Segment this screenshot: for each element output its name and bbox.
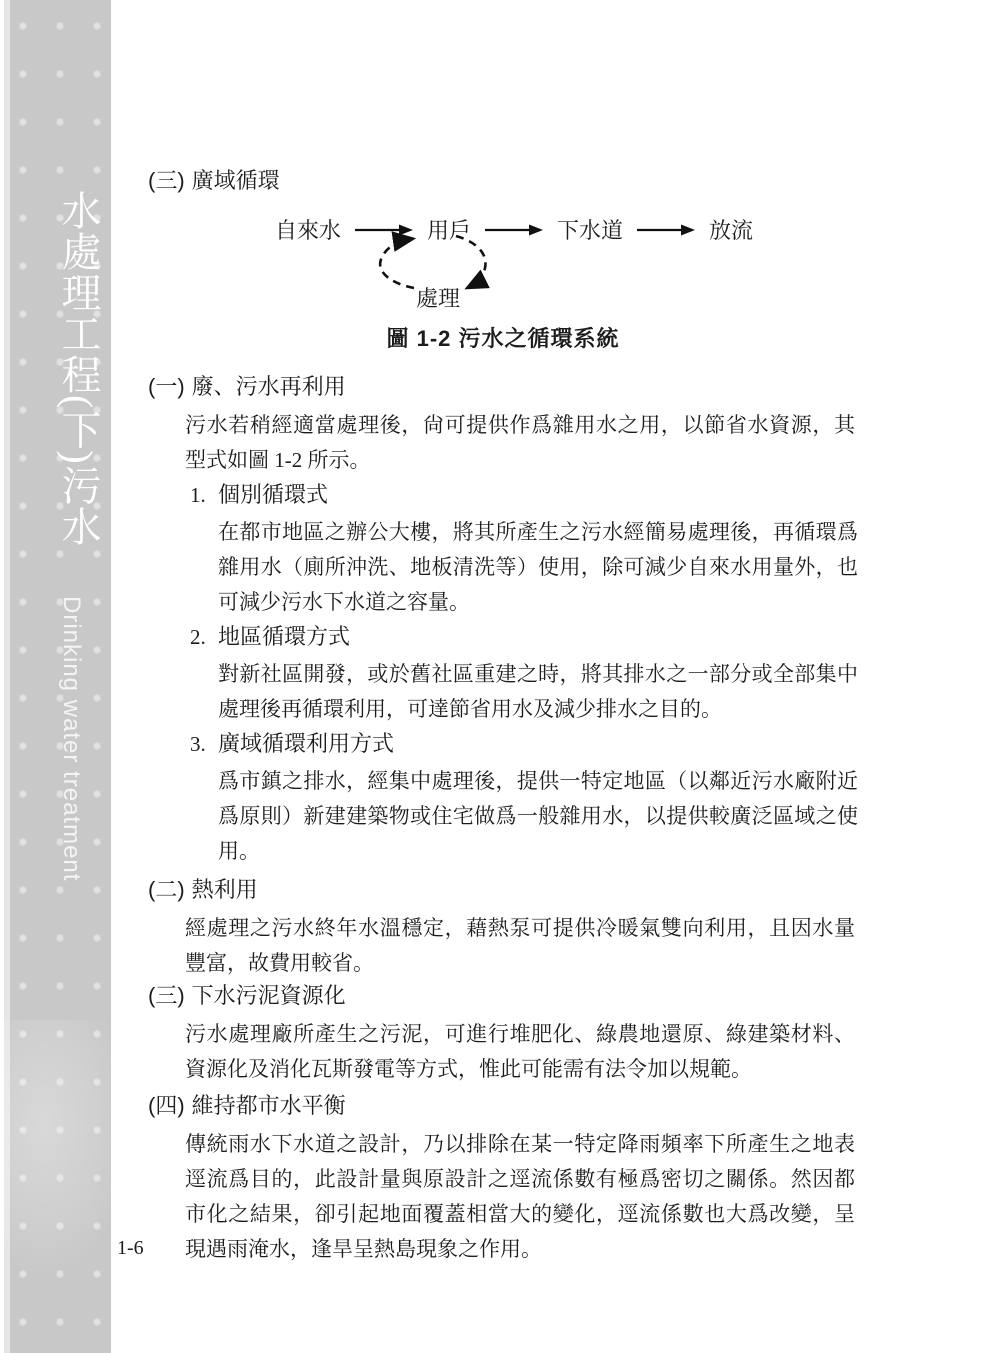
page-number: 1-6 [117,1237,144,1260]
heading-title: 下水污泥資源化 [192,981,346,1011]
flow-node-discharge: 放流 [709,214,753,245]
heading-title: 熱利用 [192,875,258,905]
item-paragraph-individual-cycle: 在都市地區之辦公大樓，將其所產生之污水經簡易處理後，再循環爲雜用水（廁所沖洗、地… [218,515,858,620]
paragraph-sludge-resources: 污水處理廠所產生之污泥，可進行堆肥化、綠農地還原、綠建築材料、資源化及消化瓦斯發… [185,1017,855,1087]
figure-caption-text: 污水之循環系統 [459,326,620,351]
book-title-vertical: 水處理工程(下)污水 [50,190,107,547]
item-title: 廣域循環利用方式 [218,729,394,759]
heading-label: (二) [148,875,185,905]
flow-node-sewer: 下水道 [557,214,623,245]
item-heading-wide-area-cycle-use: 3. 廣域循環利用方式 [190,729,858,764]
book-sidebar: 水處理工程(下)污水 Drinking water treatment [4,0,111,1353]
heading-title: 廣域循環 [192,166,280,196]
heading-sludge-resources: (三) 下水污泥資源化 [148,981,858,1017]
sidebar-watermark [0,1020,134,1280]
item-paragraph-wide-area-cycle-use: 爲市鎮之排水，經集中處理後，提供一特定地區（以鄰近污水廠附近爲原則）新建建築物或… [218,764,858,869]
paragraph-heat-utilization: 經處理之污水終年水溫穩定，藉熱泵可提供冷暖氣雙向利用，且因水量豐富，故費用較省。 [185,911,855,981]
paragraph-wastewater-reuse: 污水若稍經適當處理後，尙可提供作爲雜用水之用，以節省水資源，其型式如圖 1-2 … [185,408,855,478]
item-heading-individual-cycle: 1. 個別循環式 [190,480,858,515]
heading-wide-area-cycle: (三) 廣域循環 [148,166,858,202]
flow-arrow-icon [637,223,695,237]
heading-label: (三) [148,166,185,196]
heading-wastewater-reuse: (一) 廢、污水再利用 [148,372,858,408]
paragraph-urban-water-balance: 傳統雨水下水道之設計，乃以排除在某一特定降雨頻率下所產生之地表逕流爲目的，此設計… [185,1127,855,1267]
item-number: 1. [190,480,218,510]
heading-title: 廢、污水再利用 [192,372,346,402]
figure-1-2: 自來水 用戶 下水道 放流 [148,202,858,372]
flow-node-tap-water: 自來水 [275,214,341,245]
item-title: 個別循環式 [218,480,328,510]
page-content: (三) 廣域循環 自來水 用戶 下水道 放流 [148,166,858,1267]
heading-label: (四) [148,1091,185,1121]
heading-label: (一) [148,372,185,402]
item-heading-district-cycle: 2. 地區循環方式 [190,622,858,657]
figure-caption-number: 圖 1-2 [386,326,451,351]
book-subtitle-vertical: Drinking water treatment [57,596,85,881]
flow-node-treatment: 處理 [416,282,460,313]
heading-label: (三) [148,981,185,1011]
item-number: 2. [190,622,218,652]
flow-diagram: 自來水 用戶 下水道 放流 [275,214,753,245]
item-paragraph-district-cycle: 對新社區開發，或於舊社區重建之時，將其排水之一部分或全部集中處理後再循環利用，可… [218,657,858,727]
heading-heat-utilization: (二) 熱利用 [148,875,858,911]
item-title: 地區循環方式 [218,622,350,652]
heading-urban-water-balance: (四) 維持都市水平衡 [148,1091,858,1127]
item-number: 3. [190,729,218,759]
heading-title: 維持都市水平衡 [192,1091,346,1121]
figure-caption: 圖 1-2 污水之循環系統 [148,322,858,353]
